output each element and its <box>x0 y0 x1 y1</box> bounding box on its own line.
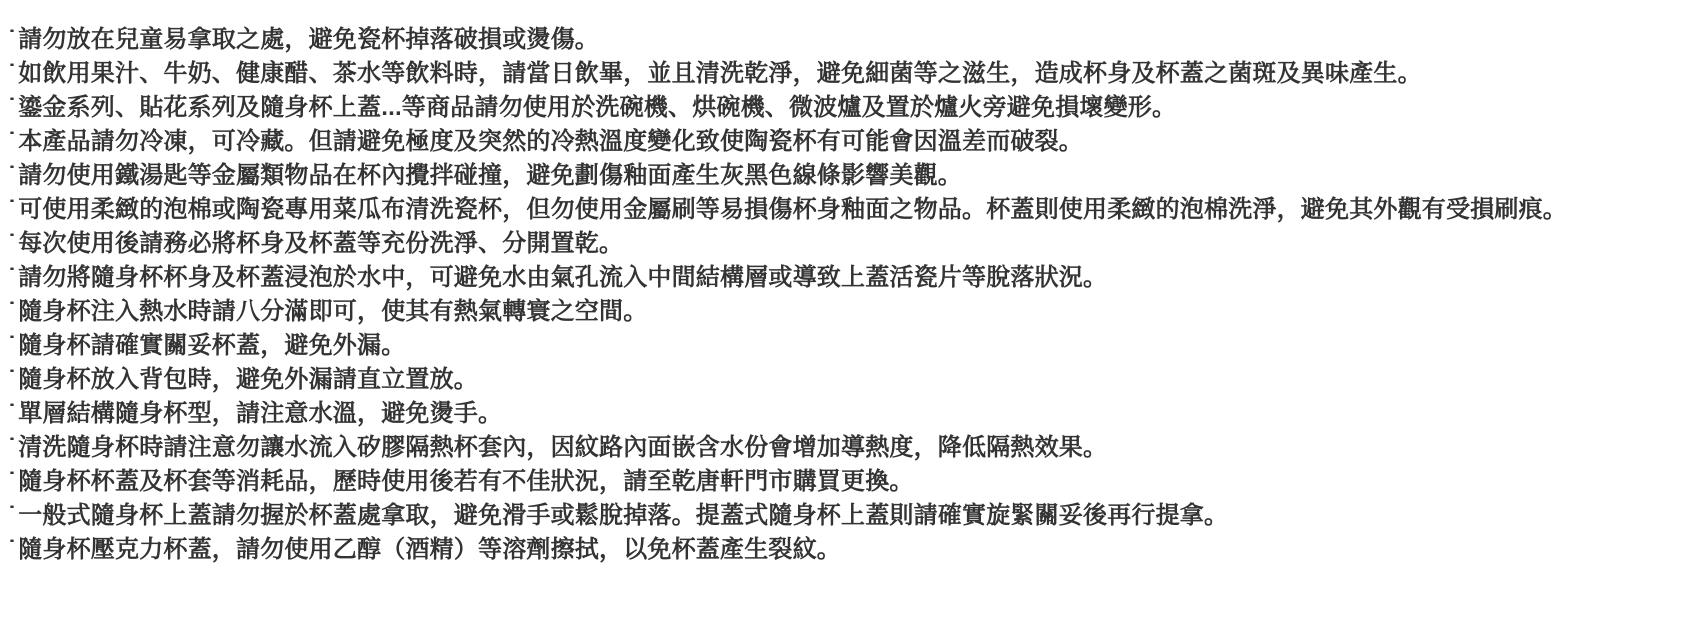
care-note-item: ˙隨身杯壓克力杯蓋，請勿使用乙醇（酒精）等溶劑擦拭，以免杯蓋產生裂紋。 <box>8 533 1692 567</box>
bullet-dot-icon: ˙ <box>8 128 18 155</box>
care-note-text: 隨身杯注入熱水時請八分滿即可，使其有熱氣轉寰之空間。 <box>18 298 647 325</box>
care-note-text: 請勿將隨身杯杯身及杯蓋浸泡於水中，可避免水由氣孔流入中間結構層或導致上蓋活瓷片等… <box>18 264 1107 291</box>
care-note-text: 如飲用果汁、牛奶、健康醋、茶水等飲料時，請當日飲畢，並且清洗乾淨，避免細菌等之滋… <box>18 60 1422 87</box>
bullet-dot-icon: ˙ <box>8 26 18 53</box>
bullet-dot-icon: ˙ <box>8 434 18 461</box>
care-note-text: 請勿使用鐵湯匙等金屬類物品在杯內攪拌碰撞，避免劃傷釉面產生灰黑色線條影響美觀。 <box>18 162 962 189</box>
bullet-dot-icon: ˙ <box>8 196 18 223</box>
bullet-dot-icon: ˙ <box>8 94 18 121</box>
bullet-dot-icon: ˙ <box>8 468 18 495</box>
care-note-item: ˙單層結構隨身杯型，請注意水溫，避免燙手。 <box>8 397 1692 431</box>
bullet-dot-icon: ˙ <box>8 60 18 87</box>
care-note-text: 本產品請勿冷凍，可冷藏。但請避免極度及突然的冷熱溫度變化致使陶瓷杯有可能會因溫差… <box>18 128 1083 155</box>
bullet-dot-icon: ˙ <box>8 366 18 393</box>
care-note-text: 一般式隨身杯上蓋請勿握於杯蓋處拿取，避免滑手或鬆脫掉落。提蓋式隨身杯上蓋則請確實… <box>18 502 1228 529</box>
care-note-text: 隨身杯杯蓋及杯套等消耗品，歷時使用後若有不佳狀況，請至乾唐軒門市購買更換。 <box>18 468 913 495</box>
care-note-text: 請勿放在兒童易拿取之處，避免瓷杯掉落破損或燙傷。 <box>18 26 599 53</box>
care-note-item: ˙每次使用後請務必將杯身及杯蓋等充份洗淨、分開置乾。 <box>8 227 1692 261</box>
care-note-item: ˙如飲用果汁、牛奶、健康醋、茶水等飲料時，請當日飲畢，並且清洗乾淨，避免細菌等之… <box>8 57 1692 91</box>
care-note-text: 鎏金系列、貼花系列及隨身杯上蓋...等商品請勿使用於洗碗機、烘碗機、微波爐及置於… <box>18 94 1176 121</box>
care-note-text: 清洗隨身杯時請注意勿讓水流入矽膠隔熱杯套內，因紋路內面嵌含水份會增加導熱度，降低… <box>18 434 1107 461</box>
care-note-item: ˙可使用柔緻的泡棉或陶瓷專用菜瓜布清洗瓷杯，但勿使用金屬刷等易損傷杯身釉面之物品… <box>8 193 1692 227</box>
care-note-text: 隨身杯壓克力杯蓋，請勿使用乙醇（酒精）等溶劑擦拭，以免杯蓋產生裂紋。 <box>18 536 841 563</box>
bullet-dot-icon: ˙ <box>8 264 18 291</box>
care-note-item: ˙清洗隨身杯時請注意勿讓水流入矽膠隔熱杯套內，因紋路內面嵌含水份會增加導熱度，降… <box>8 431 1692 465</box>
care-note-item: ˙本產品請勿冷凍，可冷藏。但請避免極度及突然的冷熱溫度變化致使陶瓷杯有可能會因溫… <box>8 125 1692 159</box>
bullet-dot-icon: ˙ <box>8 298 18 325</box>
care-note-item: ˙隨身杯放入背包時，避免外漏請直立置放。 <box>8 363 1692 397</box>
care-note-item: ˙請勿放在兒童易拿取之處，避免瓷杯掉落破損或燙傷。 <box>8 23 1692 57</box>
care-note-text: 隨身杯請確實關妥杯蓋，避免外漏。 <box>18 332 405 359</box>
care-note-item: ˙一般式隨身杯上蓋請勿握於杯蓋處拿取，避免滑手或鬆脫掉落。提蓋式隨身杯上蓋則請確… <box>8 499 1692 533</box>
care-note-item: ˙隨身杯注入熱水時請八分滿即可，使其有熱氣轉寰之空間。 <box>8 295 1692 329</box>
care-note-text: 隨身杯放入背包時，避免外漏請直立置放。 <box>18 366 478 393</box>
bullet-dot-icon: ˙ <box>8 502 18 529</box>
care-instructions-list: ˙請勿放在兒童易拿取之處，避免瓷杯掉落破損或燙傷。 ˙如飲用果汁、牛奶、健康醋、… <box>0 0 1698 618</box>
care-note-item: ˙請勿將隨身杯杯身及杯蓋浸泡於水中，可避免水由氣孔流入中間結構層或導致上蓋活瓷片… <box>8 261 1692 295</box>
care-note-item: ˙鎏金系列、貼花系列及隨身杯上蓋...等商品請勿使用於洗碗機、烘碗機、微波爐及置… <box>8 91 1692 125</box>
bullet-dot-icon: ˙ <box>8 230 18 257</box>
bullet-dot-icon: ˙ <box>8 332 18 359</box>
care-note-text: 可使用柔緻的泡棉或陶瓷專用菜瓜布清洗瓷杯，但勿使用金屬刷等易損傷杯身釉面之物品。… <box>18 196 1567 223</box>
bullet-dot-icon: ˙ <box>8 162 18 189</box>
care-note-text: 單層結構隨身杯型，請注意水溫，避免燙手。 <box>18 400 502 427</box>
bullet-dot-icon: ˙ <box>8 400 18 427</box>
care-note-item: ˙隨身杯杯蓋及杯套等消耗品，歷時使用後若有不佳狀況，請至乾唐軒門市購買更換。 <box>8 465 1692 499</box>
care-note-text: 每次使用後請務必將杯身及杯蓋等充份洗淨、分開置乾。 <box>18 230 623 257</box>
care-note-item: ˙隨身杯請確實關妥杯蓋，避免外漏。 <box>8 329 1692 363</box>
bullet-dot-icon: ˙ <box>8 536 18 563</box>
care-note-item: ˙請勿使用鐵湯匙等金屬類物品在杯內攪拌碰撞，避免劃傷釉面產生灰黑色線條影響美觀。 <box>8 159 1692 193</box>
